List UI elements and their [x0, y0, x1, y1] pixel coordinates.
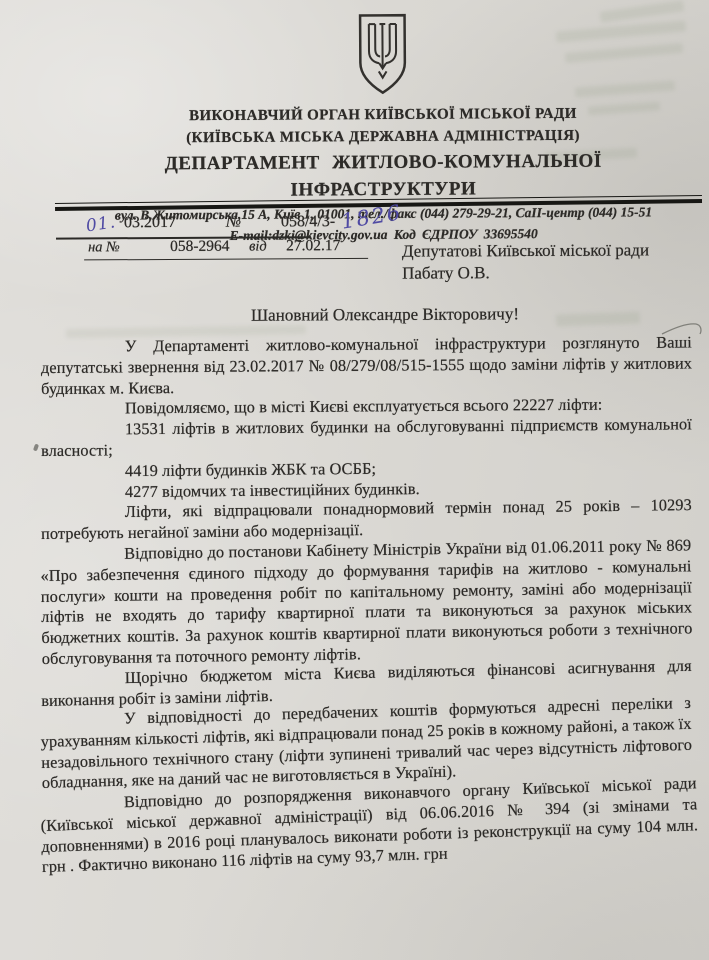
body-paragraph: 13531 ліфтів в житлових будинки на обслу… [41, 415, 692, 462]
outgoing-date: 03.2017 [124, 214, 176, 232]
reference-underline [84, 258, 368, 261]
recipient-title: Депутатові Київської міської ради [402, 239, 649, 262]
letter-body: У Департаменті житлово-комунальної інфра… [41, 337, 692, 878]
number-label: № [226, 214, 241, 232]
handwritten-date-day: 01. [85, 212, 118, 236]
body-paragraph: У Департаменті житлово-комунальної інфра… [41, 332, 692, 399]
reply-to-label: на № [88, 239, 120, 256]
outgoing-number: 058/4/3- [281, 213, 335, 231]
ukraine-trident-emblem-icon [353, 12, 412, 101]
body-paragraph: Відповідно до постанови Кабінету Міністр… [40, 535, 693, 669]
salutation: Шановний Олександре Вікторовичу! [60, 303, 709, 326]
paper-speck [33, 444, 39, 452]
org-name-line2: (КИЇВСЬКА МІСЬКА ДЕРЖАВНА АДМІНІСТРАЦІЯ) [68, 124, 698, 150]
reply-to-date: 27.02.17 [286, 237, 340, 255]
recipient-block: Депутатові Київської міської ради Пабату… [402, 239, 649, 284]
letter-photo: ВИКОНАВЧИЙ ОРГАН КИЇВСЬКОЇ МІСЬКОЇ РАДИ … [0, 0, 709, 960]
recipient-name: Пабату О.В. [402, 261, 649, 284]
reply-to-number: 058-2964 [170, 238, 230, 256]
reply-from-label: від [249, 238, 267, 255]
